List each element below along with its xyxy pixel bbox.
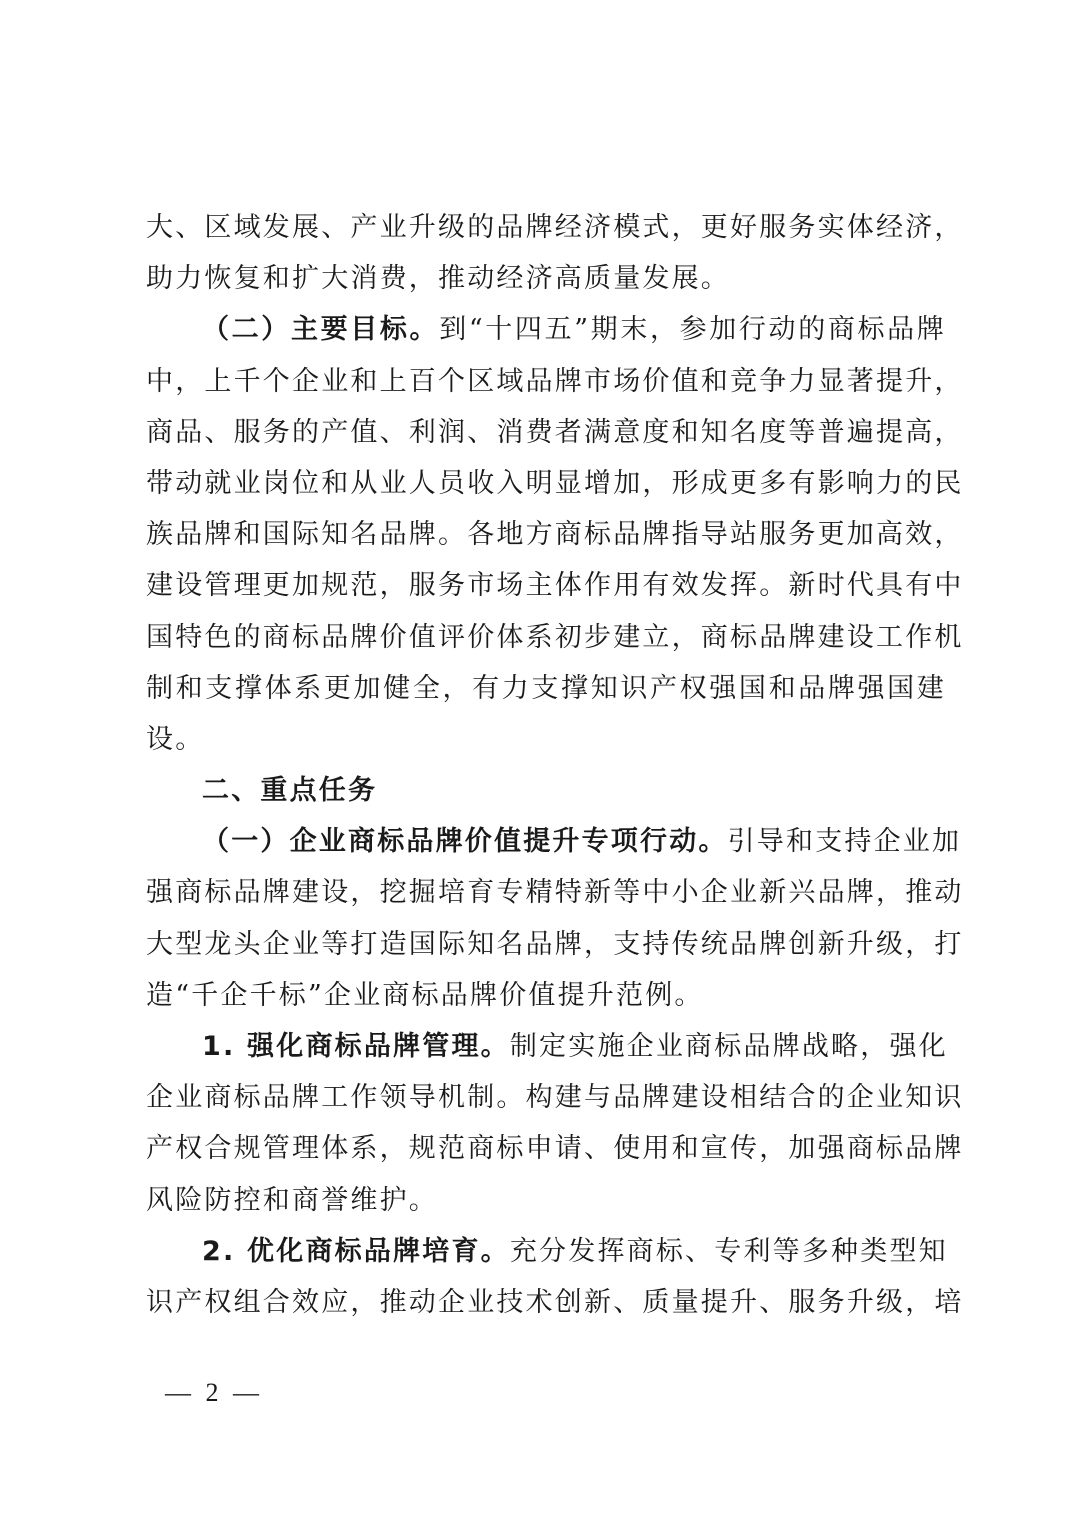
item-lead-brand-management: 1. 强化商标品牌管理。 bbox=[202, 1031, 510, 1062]
page-number: — 2 — bbox=[165, 1378, 263, 1408]
body-text: 大、区域发展、产业升级的品牌经济模式，更好服务实体经济， 助力恢复和扩大消费，推… bbox=[146, 202, 946, 1328]
paragraph-brand-cultivation-first-line: 2. 优化商标品牌培育。充分发挥商标、专利等多种类型知 bbox=[146, 1226, 946, 1277]
text-line: 造“千企千标”企业商标品牌价值提升范例。 bbox=[146, 970, 946, 1021]
text-line: 制和支撑体系更加健全，有力支撑知识产权强国和品牌强国建 bbox=[146, 663, 946, 714]
section-lead-enterprise-action: （一）企业商标品牌价值提升专项行动。 bbox=[202, 826, 728, 857]
text-line: 识产权组合效应，推动企业技术创新、质量提升、服务升级，培 bbox=[146, 1277, 946, 1328]
item-lead-brand-cultivation: 2. 优化商标品牌培育。 bbox=[202, 1236, 510, 1267]
section-lead-main-goals: （二）主要目标。 bbox=[202, 314, 439, 345]
text-line: 大型龙头企业等打造国际知名品牌，支持传统品牌创新升级，打 bbox=[146, 919, 946, 970]
section-heading-key-tasks: 二、重点任务 bbox=[146, 765, 946, 816]
text-line: 族品牌和国际知名品牌。各地方商标品牌指导站服务更加高效， bbox=[146, 509, 946, 560]
text-run: 制定实施企业商标品牌战略，强化 bbox=[510, 1031, 948, 1062]
text-line: 强商标品牌建设，挖掘培育专精特新等中小企业新兴品牌，推动 bbox=[146, 867, 946, 918]
paragraph-enterprise-action-first-line: （一）企业商标品牌价值提升专项行动。引导和支持企业加 bbox=[146, 816, 946, 867]
text-run: 充分发挥商标、专利等多种类型知 bbox=[510, 1236, 948, 1267]
paragraph-brand-management-first-line: 1. 强化商标品牌管理。制定实施企业商标品牌战略，强化 bbox=[146, 1021, 946, 1072]
text-line: 中，上千个企业和上百个区域品牌市场价值和竞争力显著提升， bbox=[146, 356, 946, 407]
text-line: 商品、服务的产值、利润、消费者满意度和知名度等普遍提高， bbox=[146, 407, 946, 458]
text-line: 风险防控和商誉维护。 bbox=[146, 1175, 946, 1226]
text-line: 产权合规管理体系，规范商标申请、使用和宣传，加强商标品牌 bbox=[146, 1123, 946, 1174]
text-line: 设。 bbox=[146, 714, 946, 765]
paragraph-main-goals-first-line: （二）主要目标。到“十四五”期末，参加行动的商标品牌 bbox=[146, 304, 946, 355]
text-line: 企业商标品牌工作领导机制。构建与品牌建设相结合的企业知识 bbox=[146, 1072, 946, 1123]
text-line: 建设管理更加规范，服务市场主体作用有效发挥。新时代具有中 bbox=[146, 560, 946, 611]
text-line: 国特色的商标品牌价值评价体系初步建立，商标品牌建设工作机 bbox=[146, 612, 946, 663]
document-page: 大、区域发展、产业升级的品牌经济模式，更好服务实体经济， 助力恢复和扩大消费，推… bbox=[0, 0, 1080, 1527]
text-run: 引导和支持企业加 bbox=[728, 826, 962, 857]
text-line: 助力恢复和扩大消费，推动经济高质量发展。 bbox=[146, 253, 946, 304]
text-run: 到“十四五”期末，参加行动的商标品牌 bbox=[439, 314, 946, 345]
text-line: 大、区域发展、产业升级的品牌经济模式，更好服务实体经济， bbox=[146, 202, 946, 253]
text-line: 带动就业岗位和从业人员收入明显增加，形成更多有影响力的民 bbox=[146, 458, 946, 509]
